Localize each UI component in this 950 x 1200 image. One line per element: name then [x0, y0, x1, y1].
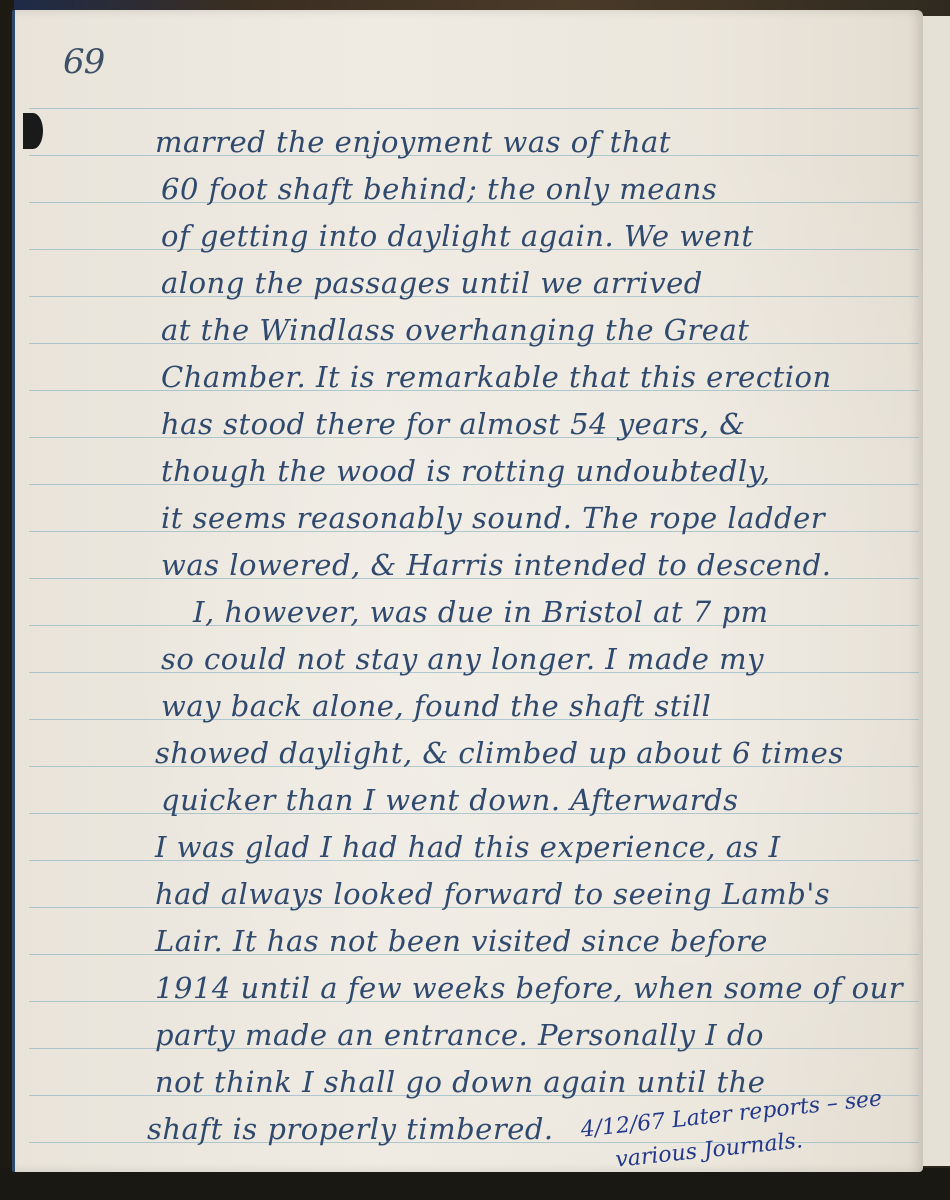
handwritten-line: showed daylight, & climbed up about 6 ti…: [155, 736, 844, 770]
ruled-line: [29, 108, 919, 109]
handwritten-line: Chamber. It is remarkable that this erec…: [161, 360, 832, 394]
handwritten-line: way back alone, found the shaft still: [161, 689, 711, 723]
handwritten-line: Lair. It has not been visited since befo…: [155, 924, 768, 958]
handwritten-line: so could not stay any longer. I made my: [161, 642, 764, 676]
handwritten-line: along the passages until we arrived: [161, 266, 703, 300]
handwritten-line: not think I shall go down again until th…: [155, 1065, 765, 1099]
page-number: 69: [63, 42, 104, 82]
handwritten-line: marred the enjoyment was of that: [155, 125, 671, 159]
handwritten-line: it seems reasonably sound. The rope ladd…: [161, 501, 825, 535]
binding-mark: [23, 113, 43, 149]
handwritten-line: though the wood is rotting undoubtedly,: [161, 454, 770, 488]
handwritten-line: party made an entrance. Personally I do: [155, 1018, 764, 1052]
handwritten-line: 1914 until a few weeks before, when some…: [155, 971, 903, 1005]
handwritten-line: has stood there for almost 54 years, &: [161, 407, 746, 441]
handwritten-line: I, however, was due in Bristol at 7 pm: [193, 595, 769, 629]
handwritten-line: had always looked forward to seeing Lamb…: [155, 877, 830, 911]
background-bottom: [0, 1168, 950, 1200]
handwritten-line: at the Windlass overhanging the Great: [161, 313, 749, 347]
handwritten-line: 60 foot shaft behind; the only means: [161, 172, 717, 206]
handwritten-line: shaft is properly timbered.: [147, 1112, 554, 1146]
handwritten-line: was lowered, & Harris intended to descen…: [161, 548, 831, 582]
handwritten-line: I was glad I had had this experience, as…: [155, 830, 781, 864]
handwritten-line: quicker than I went down. Afterwards: [161, 783, 739, 817]
handwritten-line: of getting into daylight again. We went: [161, 219, 754, 253]
notebook-page: 69 marred the enjoyment was of that 60 f…: [12, 10, 923, 1172]
